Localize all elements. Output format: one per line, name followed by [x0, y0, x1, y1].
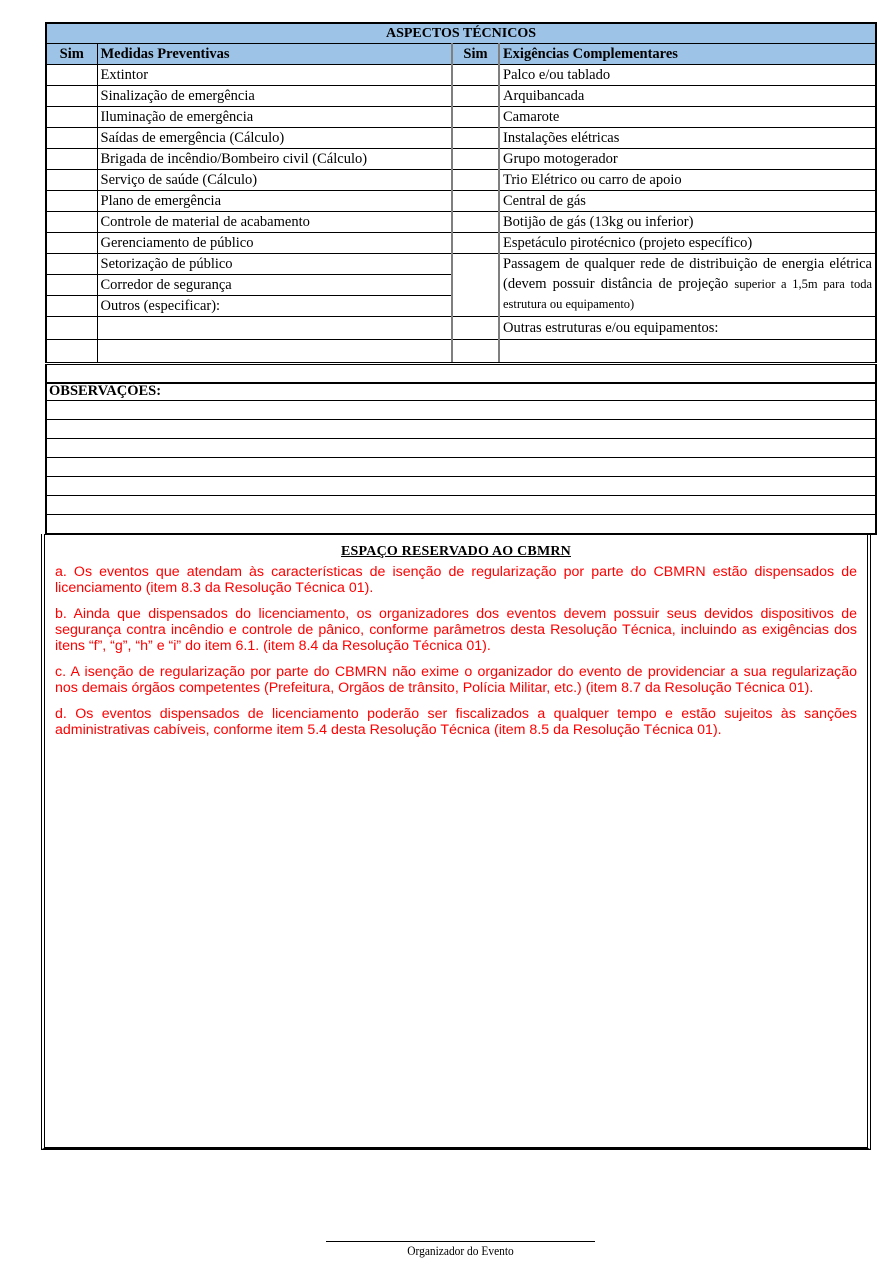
- table-row: Saídas de emergência (Cálculo) Instalaçõ…: [46, 128, 876, 149]
- table-row: Gerenciamento de público Espetáculo piro…: [46, 233, 876, 254]
- requirement-label: Arquibancada: [499, 86, 876, 107]
- technical-aspects-title: ASPECTOS TÉCNICOS: [46, 23, 876, 44]
- sim-checkbox-controle[interactable]: [46, 212, 97, 233]
- requirement-label: Palco e/ou tablado: [499, 65, 876, 86]
- sim-header-left: Sim: [46, 44, 97, 65]
- note-d: d. Os eventos dispensados de licenciamen…: [55, 706, 857, 738]
- technical-aspects-table: ASPECTOS TÉCNICOS Sim Medidas Preventiva…: [45, 22, 877, 384]
- requirement-label: Grupo motogerador: [499, 149, 876, 170]
- measure-label: Saídas de emergência (Cálculo): [97, 128, 452, 149]
- observation-line[interactable]: [47, 401, 875, 420]
- observation-line[interactable]: [47, 515, 875, 533]
- measure-label: Corredor de segurança: [97, 275, 452, 296]
- measure-label: Sinalização de emergência: [97, 86, 452, 107]
- sim-checkbox-extintor[interactable]: [46, 65, 97, 86]
- complementary-requirements-header: Exigências Complementares: [499, 44, 876, 65]
- requirement-label-power-line: Passagem de qualquer rede de distribuiçã…: [499, 254, 876, 317]
- note-c: c. A isenção de regularização por parte …: [55, 664, 857, 696]
- observations-title: OBSERVAÇÕES:: [47, 381, 875, 401]
- sim-checkbox-brigada[interactable]: [46, 149, 97, 170]
- table-row: Extintor Palco e/ou tablado: [46, 65, 876, 86]
- measure-label: Setorização de público: [97, 254, 452, 275]
- table-row: Brigada de incêndio/Bombeiro civil (Cálc…: [46, 149, 876, 170]
- requirement-label: Botijão de gás (13kg ou inferior): [499, 212, 876, 233]
- sim-header-right: Sim: [452, 44, 499, 65]
- sim-checkbox-botijao[interactable]: [452, 212, 499, 233]
- sim-checkbox-instalacoes[interactable]: [452, 128, 499, 149]
- measure-label: Serviço de saúde (Cálculo): [97, 170, 452, 191]
- measure-label: Extintor: [97, 65, 452, 86]
- table-row: Serviço de saúde (Cálculo) Trio Elétrico…: [46, 170, 876, 191]
- sim-checkbox-rede-eletrica[interactable]: [452, 254, 499, 317]
- table-row: Sinalização de emergência Arquibancada: [46, 86, 876, 107]
- observation-line[interactable]: [47, 477, 875, 496]
- observation-line[interactable]: [47, 439, 875, 458]
- measure-blank-field-1[interactable]: [97, 317, 452, 340]
- cbmrn-reserved-section: ESPAÇO RESERVADO AO CBMRN a. Os eventos …: [41, 534, 871, 1150]
- sim-checkbox-blank-1[interactable]: [46, 317, 97, 340]
- sim-checkbox-palco[interactable]: [452, 65, 499, 86]
- sim-checkbox-outros[interactable]: [46, 296, 97, 317]
- observation-line[interactable]: [47, 458, 875, 477]
- requirement-label: Instalações elétricas: [499, 128, 876, 149]
- requirement-blank-field[interactable]: [499, 340, 876, 364]
- sim-checkbox-outras-estruturas[interactable]: [452, 317, 499, 340]
- table-row: Plano de emergência Central de gás: [46, 191, 876, 212]
- sim-checkbox-iluminacao[interactable]: [46, 107, 97, 128]
- measure-label: Gerenciamento de público: [97, 233, 452, 254]
- requirement-label: Trio Elétrico ou carro de apoio: [499, 170, 876, 191]
- table-row: Iluminação de emergência Camarote: [46, 107, 876, 128]
- table-row: Outras estruturas e/ou equipamentos:: [46, 317, 876, 340]
- signature-line[interactable]: [326, 1241, 595, 1242]
- observation-line[interactable]: [47, 496, 875, 515]
- sim-checkbox-trio[interactable]: [452, 170, 499, 191]
- table-row: Controle de material de acabamento Botij…: [46, 212, 876, 233]
- requirement-label: Central de gás: [499, 191, 876, 212]
- requirement-label: Espetáculo pirotécnico (projeto específi…: [499, 233, 876, 254]
- sim-checkbox-pirotecnico[interactable]: [452, 233, 499, 254]
- sim-checkbox-central-gas[interactable]: [452, 191, 499, 212]
- note-b: b. Ainda que dispensados do licenciament…: [55, 606, 857, 654]
- sim-checkbox-camarote[interactable]: [452, 107, 499, 128]
- signature-label: Organizador do Evento: [342, 1243, 579, 1259]
- table-row: [46, 340, 876, 364]
- measure-label: Iluminação de emergência: [97, 107, 452, 128]
- note-a: a. Os eventos que atendam às característ…: [55, 564, 857, 596]
- sim-checkbox-gerenciamento[interactable]: [46, 233, 97, 254]
- requirement-label: Camarote: [499, 107, 876, 128]
- sim-checkbox-blank-3[interactable]: [452, 340, 499, 364]
- sim-checkbox-corredor[interactable]: [46, 275, 97, 296]
- measure-label: Outros (especificar):: [97, 296, 452, 317]
- table-row: Setorização de público Passagem de qualq…: [46, 254, 876, 275]
- measure-label: Brigada de incêndio/Bombeiro civil (Cálc…: [97, 149, 452, 170]
- sim-checkbox-blank-2[interactable]: [46, 340, 97, 364]
- sim-checkbox-sinalizacao[interactable]: [46, 86, 97, 107]
- observations-section: OBSERVAÇÕES:: [45, 381, 877, 535]
- observation-line[interactable]: [47, 420, 875, 439]
- sim-checkbox-setorizacao[interactable]: [46, 254, 97, 275]
- reserved-title: ESPAÇO RESERVADO AO CBMRN: [55, 544, 857, 560]
- preventive-measures-header: Medidas Preventivas: [97, 44, 452, 65]
- sim-checkbox-arquibancada[interactable]: [452, 86, 499, 107]
- measure-label: Controle de material de acabamento: [97, 212, 452, 233]
- sim-checkbox-saude[interactable]: [46, 170, 97, 191]
- sim-checkbox-saidas[interactable]: [46, 128, 97, 149]
- sim-checkbox-motogerador[interactable]: [452, 149, 499, 170]
- requirement-label: Outras estruturas e/ou equipamentos:: [499, 317, 876, 340]
- signature-block: Organizador do Evento: [326, 1241, 595, 1259]
- measure-label: Plano de emergência: [97, 191, 452, 212]
- sim-checkbox-plano[interactable]: [46, 191, 97, 212]
- measure-blank-field-2[interactable]: [97, 340, 452, 364]
